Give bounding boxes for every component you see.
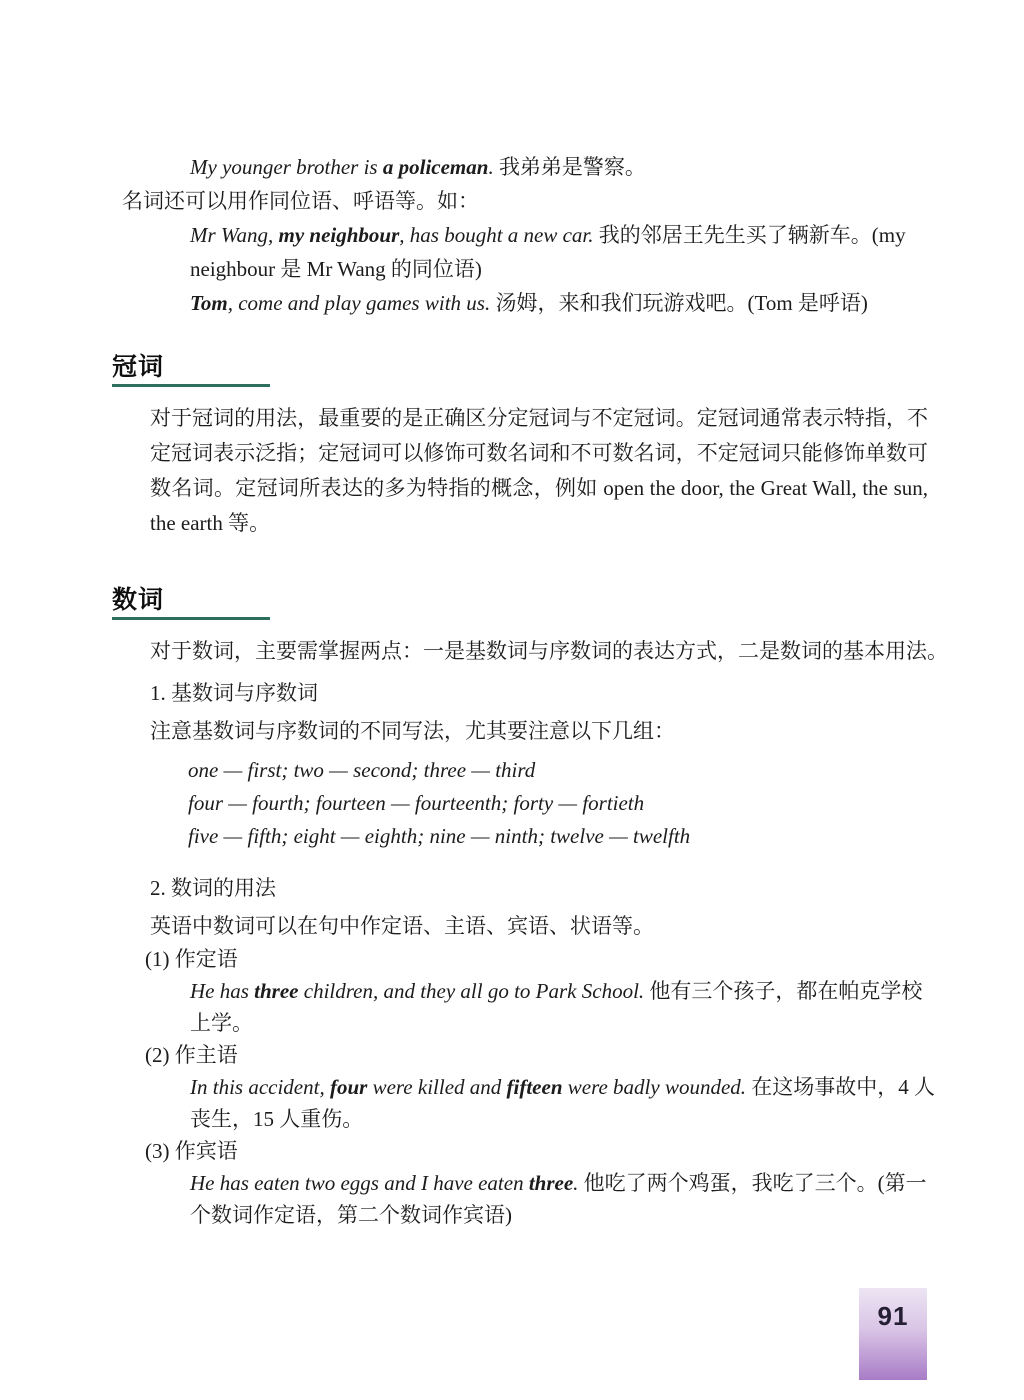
example-english: . [488,155,499,179]
textbook-page: My younger brother is a policeman. 我弟弟是警… [0,0,1024,1400]
subsection-note: 英语中数词可以在句中作定语、主语、宾语、状语等。 [150,909,1024,943]
example-english: He has eaten two eggs and I have eaten [190,1171,529,1195]
example-english-bold: three [254,979,298,1003]
subsection-title: 2. 数词的用法 [150,871,1024,905]
list-item: four — fourth; fourteen — fourteenth; fo… [188,787,1024,820]
section-header-numerals: 数词 [0,587,1024,620]
example-english-bold: four [330,1075,367,1099]
example-translation: 他吃了两个鸡蛋，我吃了三个。 [584,1171,878,1195]
section-title: 数词 [112,587,1024,614]
example-english: In this accident, [190,1075,330,1099]
section-underline [112,617,270,620]
example-translation: 我弟弟是警察。 [499,155,646,179]
example-english: He has [190,979,254,1003]
example-english: were killed and [367,1075,506,1099]
cardinal-ordinal-list: one — first; two — second; three — third… [0,754,1024,853]
example-sentence: He has three children, and they all go t… [190,975,936,1039]
example-english-bold: my neighbour [278,223,399,247]
section-header-articles: 冠词 [0,354,1024,387]
list-item: five — fifth; eight — eighth; nine — nin… [188,820,1024,853]
lead-sentence: 名词还可以用作同位语、呼语等。如： [122,184,934,218]
usage-item-label: (1) 作定语 [145,943,1024,975]
example-translation: 汤姆，来和我们玩游戏吧。 [495,291,747,315]
section-underline [112,384,270,387]
example-sentence: In this accident, four were killed and f… [190,1071,936,1135]
example-translation: 我的邻居王先生买了辆新车。 [599,223,872,247]
example-english: . [573,1171,584,1195]
section-paragraph: 对于冠词的用法，最重要的是正确区分定冠词与不定冠词。定冠词通常表示特指，不定冠词… [150,401,928,541]
example-english-bold: Tom [190,291,228,315]
example-english: , has bought a new car. [399,223,599,247]
usage-list: (1) 作定语 He has three children, and they … [0,943,1024,1231]
example-english: were badly wounded. [563,1075,752,1099]
page-number-tab: 91 [859,1288,927,1380]
example-english: children, and they all go to Park School… [299,979,650,1003]
usage-item-label: (2) 作主语 [145,1039,1024,1071]
numeral-intro: 对于数词，主要需掌握两点：一是基数词与序数词的表达方式，二是数词的基本用法。 [150,634,964,668]
example-annotation: (Tom 是呼语) [747,291,867,315]
subsection-title: 1. 基数词与序数词 [150,676,1024,710]
example-sentence: Mr Wang, my neighbour, has bought a new … [190,218,934,286]
page-number: 91 [859,1288,927,1332]
example-english-bold: a policeman [383,155,489,179]
example-english-bold: three [529,1171,573,1195]
example-english: , come and play games with us. [228,291,496,315]
example-sentence: Tom, come and play games with us. 汤姆，来和我… [190,286,934,320]
section-title: 冠词 [112,354,1024,381]
example-sentence: He has eaten two eggs and I have eaten t… [190,1167,936,1231]
example-sentence: My younger brother is a policeman. 我弟弟是警… [190,150,934,184]
example-english-bold: fifteen [507,1075,563,1099]
page-content: My younger brother is a policeman. 我弟弟是警… [0,0,1024,1231]
example-english: Mr Wang, [190,223,278,247]
usage-item-label: (3) 作宾语 [145,1135,1024,1167]
subsection-note: 注意基数词与序数词的不同写法，尤其要注意以下几组： [150,714,1024,748]
list-item: one — first; two — second; three — third [188,754,1024,787]
example-english: My younger brother is [190,155,383,179]
